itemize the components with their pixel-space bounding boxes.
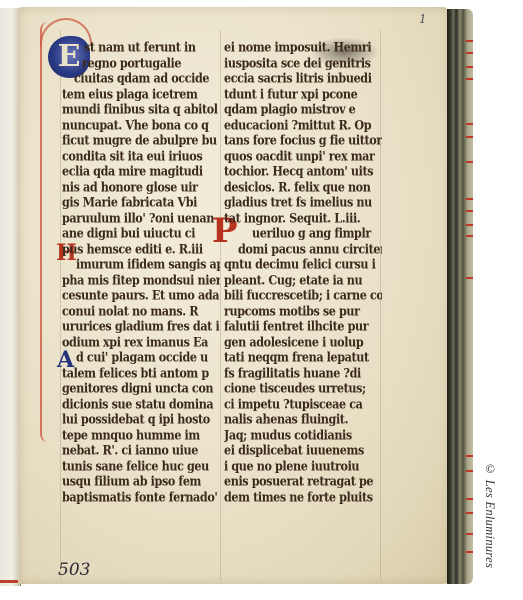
ruling-line (60, 30, 61, 580)
penwork-border (40, 22, 58, 442)
page-tab-marker (466, 224, 473, 226)
page-tab-marker (466, 136, 473, 138)
page-tab-marker (466, 551, 473, 553)
text-line: dem times ne forte pluits (224, 488, 382, 506)
page-tab-marker (466, 277, 473, 279)
page-tab-marker (466, 123, 473, 125)
page-tab-marker (466, 470, 473, 472)
red-edge-trim (0, 580, 18, 583)
page-tab-marker (466, 533, 473, 535)
text-line: baptismatis fonte fernado' (62, 488, 220, 506)
ruling-line (220, 30, 221, 580)
page-tab-marker (466, 512, 473, 514)
page-tab-marker (466, 161, 473, 163)
page-tab-marker (466, 235, 473, 237)
page-tab-marker (466, 455, 473, 457)
shelfmark-number: 503 (58, 560, 90, 580)
copyright-credit: © Les Enluminures (482, 462, 497, 568)
page-tab-marker (466, 66, 473, 68)
text-column-a: st nam ut ferunt in regno portugalie ciu… (62, 40, 220, 505)
page-tab-marker (466, 52, 473, 54)
folio-number: 1 (419, 12, 427, 26)
page-tab-marker (466, 498, 473, 500)
text-column-b: ei nome imposuit. Hemri iusposita sce de… (224, 40, 382, 505)
page-tab-marker (466, 40, 473, 42)
page-tab-marker (466, 198, 473, 200)
page-tab-marker (466, 78, 473, 80)
page-tab-marker (466, 210, 473, 212)
facing-page-edge (0, 8, 21, 586)
